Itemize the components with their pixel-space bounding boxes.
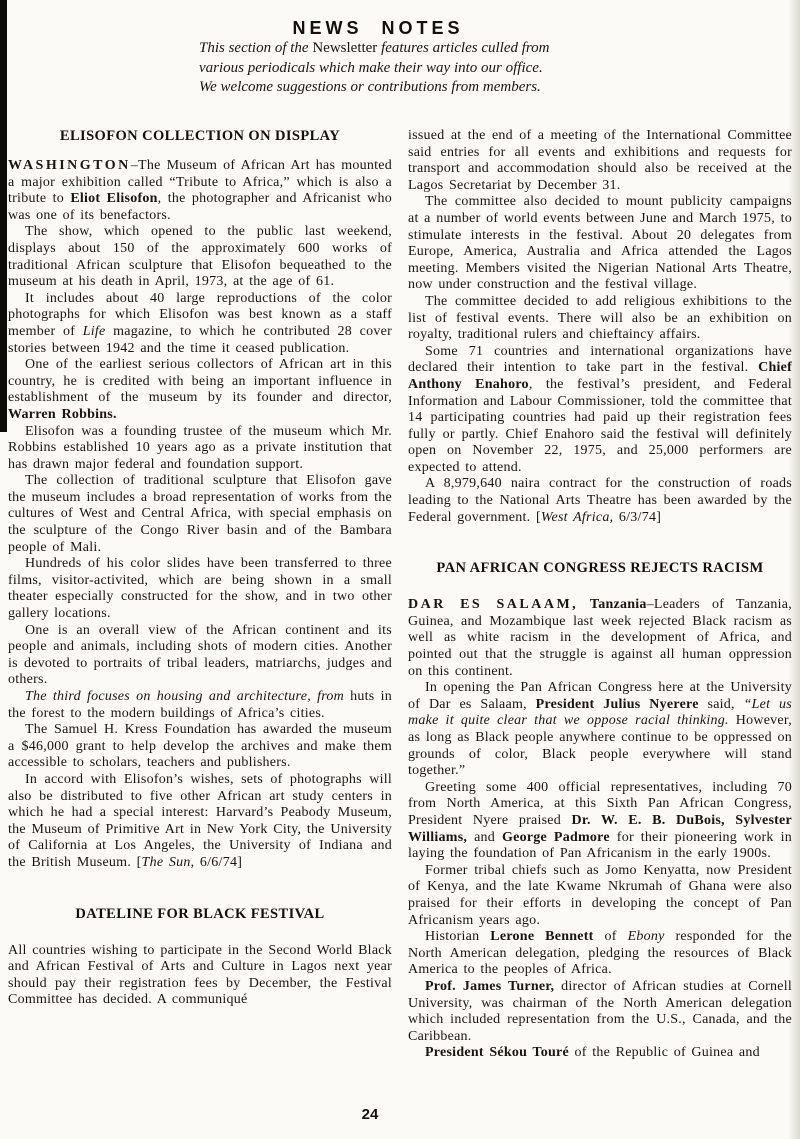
text-run: Newsletter xyxy=(312,40,377,56)
text-run: , 6/6/74] xyxy=(191,855,243,870)
text-run: The Samuel H. Kress Foundation has award… xyxy=(8,722,392,770)
paragraph: The committee also decided to mount publ… xyxy=(408,194,792,294)
paragraph: Prof. James Turner, director of African … xyxy=(408,979,792,1045)
text-run: Life xyxy=(83,324,106,339)
section-heading: ELISOFON COLLECTION ON DISPLAY xyxy=(8,128,392,145)
paragraph: A 8,979,640 naira contract for the const… xyxy=(408,476,792,526)
paragraph: Greeting some 400 official representativ… xyxy=(408,780,792,863)
text-run: The collection of traditional sculpture … xyxy=(8,473,392,554)
text-columns: ELISOFON COLLECTION ON DISPLAYWASHINGTON… xyxy=(8,128,792,1062)
text-run: issued at the end of a meeting of the In… xyxy=(408,128,792,193)
intro-text: This section of the Newsletter features … xyxy=(199,39,555,98)
text-run: The committee also decided to mount publ… xyxy=(408,194,792,292)
text-run: DAR ES SALAAM, xyxy=(408,597,578,612)
paragraph: Some 71 countries and international orga… xyxy=(408,344,792,477)
column-right: issued at the end of a meeting of the In… xyxy=(408,128,792,1062)
paragraph: In opening the Pan African Congress here… xyxy=(408,680,792,780)
paragraph: President Sékou Touré of the Republic of… xyxy=(408,1045,792,1062)
paragraph: One of the earliest serious collectors o… xyxy=(8,357,392,423)
scan-edge-artifact-left xyxy=(0,0,7,432)
paragraph: The show, which opened to the public las… xyxy=(8,224,392,290)
text-run: Eliot Elisofon xyxy=(70,191,157,206)
column-left: ELISOFON COLLECTION ON DISPLAYWASHINGTON… xyxy=(8,128,392,1062)
paragraph: The committee decided to add religious e… xyxy=(408,294,792,344)
paragraph: All countries wishing to participate in … xyxy=(8,943,392,1009)
text-run: WASHINGTON xyxy=(8,158,131,173)
page-title: NEWS NOTES xyxy=(0,18,756,39)
text-run: Ebony xyxy=(628,929,665,944)
paragraph: One is an overall view of the African co… xyxy=(8,623,392,689)
paragraph: It includes about 40 large reproductions… xyxy=(8,291,392,357)
paragraph: Elisofon was a founding trustee of the m… xyxy=(8,424,392,474)
text-run: One is an overall view of the African co… xyxy=(8,623,392,688)
text-run: Warren Robbins. xyxy=(8,407,117,422)
text-run: and xyxy=(467,830,502,845)
paragraph: Hundreds of his color slides have been t… xyxy=(8,556,392,622)
paragraph: Historian Lerone Bennett of Ebony respon… xyxy=(408,929,792,979)
text-run: of xyxy=(594,929,628,944)
text-run: said, xyxy=(699,697,744,712)
paragraph: In accord with Elisofon’s wishes, sets o… xyxy=(8,772,392,872)
paragraph: The third focuses on housing and archite… xyxy=(8,689,392,722)
text-run: The Sun xyxy=(142,855,191,870)
section-heading: DATELINE FOR BLACK FESTIVAL xyxy=(8,906,392,923)
text-run: President Julius Nyerere xyxy=(536,697,699,712)
text-run: One of the earliest serious collectors o… xyxy=(8,357,392,405)
text-run: Hundreds of his color slides have been t… xyxy=(8,556,392,621)
text-run: This section of the xyxy=(199,40,312,56)
section-heading: PAN AFRICAN CONGRESS REJECTS RACISM xyxy=(408,560,792,577)
text-run: Tanzania xyxy=(590,597,647,612)
text-run: Elisofon was a founding trustee of the m… xyxy=(8,424,392,472)
text-run: The committee decided to add religious e… xyxy=(408,294,792,342)
text-run: Historian xyxy=(425,929,490,944)
paragraph: The Samuel H. Kress Foundation has award… xyxy=(8,722,392,772)
text-run: of the Republic of Guinea and xyxy=(569,1045,760,1060)
paragraph: Former tribal chiefs such as Jomo Kenyat… xyxy=(408,863,792,929)
text-run: Former tribal chiefs such as Jomo Kenyat… xyxy=(408,863,792,928)
text-run xyxy=(578,597,590,612)
text-run: Some 71 countries and international orga… xyxy=(408,344,792,376)
text-run: President Sékou Touré xyxy=(425,1045,569,1060)
text-run: The third focuses on housing and archite… xyxy=(25,689,344,704)
text-run: Lerone Bennett xyxy=(490,929,593,944)
page-number: 24 xyxy=(0,1106,740,1123)
text-run: , 6/3/74] xyxy=(610,510,662,525)
paragraph: WASHINGTON–The Museum of African Art has… xyxy=(8,158,392,224)
paragraph: issued at the end of a meeting of the In… xyxy=(408,128,792,194)
text-run: George Padmore xyxy=(502,830,610,845)
paragraph: DAR ES SALAAM, Tanzania–Leaders of Tanza… xyxy=(408,597,792,680)
text-run: West Africa xyxy=(541,510,610,525)
text-run: Prof. James Turner, xyxy=(425,979,554,994)
paragraph: The collection of traditional sculpture … xyxy=(8,473,392,556)
text-run: All countries wishing to participate in … xyxy=(8,943,392,1008)
text-run: The show, which opened to the public las… xyxy=(8,224,392,289)
